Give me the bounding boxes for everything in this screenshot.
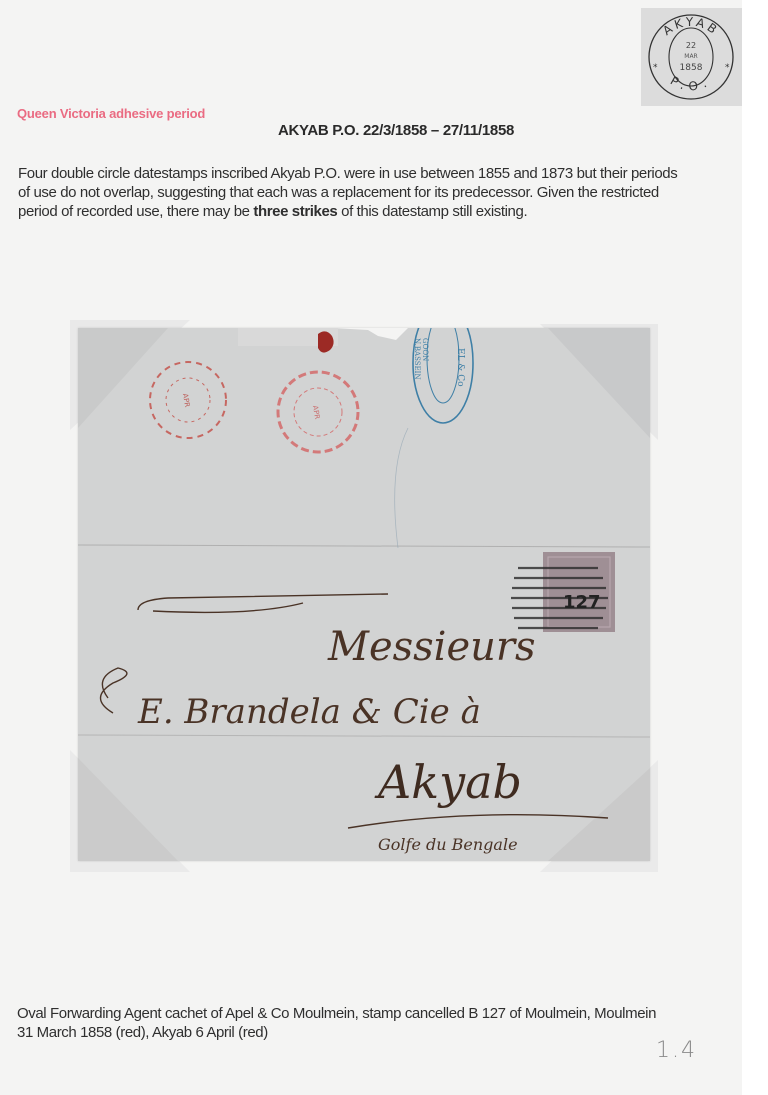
- cover-image: APR APR EL & Co GOON N.BASSEIN: [78, 328, 650, 861]
- svg-text:22: 22: [686, 41, 696, 50]
- svg-text:Golfe du Bengale: Golfe du Bengale: [378, 835, 518, 854]
- svg-text:N.BASSEIN: N.BASSEIN: [413, 338, 421, 380]
- svg-text:127: 127: [563, 592, 601, 613]
- page-title: AKYAB P.O. 22/3/1858 – 27/11/1858: [0, 122, 742, 139]
- intro-bold: three strikes: [253, 203, 337, 220]
- svg-text:E. Brandela & Cie à: E. Brandela & Cie à: [137, 692, 481, 732]
- svg-text:Messieurs: Messieurs: [327, 624, 536, 670]
- svg-text:*: *: [725, 63, 730, 73]
- svg-text:GOON: GOON: [421, 338, 429, 361]
- svg-text:EL & Co: EL & Co: [455, 348, 465, 387]
- datestamp-illustration: AKYAB P.O. * * 22 MAR 1858: [641, 8, 742, 106]
- section-label: Queen Victoria adhesive period: [17, 106, 205, 121]
- intro-text-2: of this datestamp still existing.: [337, 203, 527, 220]
- intro-paragraph: Four double circle datestamps inscribed …: [18, 164, 678, 221]
- page-number: 1.4: [656, 1038, 697, 1063]
- svg-text:1858: 1858: [680, 63, 703, 73]
- svg-text:*: *: [653, 63, 658, 73]
- svg-text:Akyab: Akyab: [374, 755, 522, 809]
- svg-text:P.O.: P.O.: [668, 73, 714, 93]
- entire-letter-cover: APR APR EL & Co GOON N.BASSEIN: [78, 328, 650, 861]
- cover-mount: APR APR EL & Co GOON N.BASSEIN: [70, 320, 658, 872]
- album-page: AKYAB P.O. * * 22 MAR 1858 Queen Victori…: [0, 0, 742, 1095]
- svg-text:MAR: MAR: [684, 53, 697, 60]
- akyab-double-circle-datestamp-icon: AKYAB P.O. * * 22 MAR 1858: [641, 8, 742, 106]
- svg-text:AKYAB: AKYAB: [660, 15, 722, 38]
- cover-caption: Oval Forwarding Agent cachet of Apel & C…: [17, 1004, 657, 1042]
